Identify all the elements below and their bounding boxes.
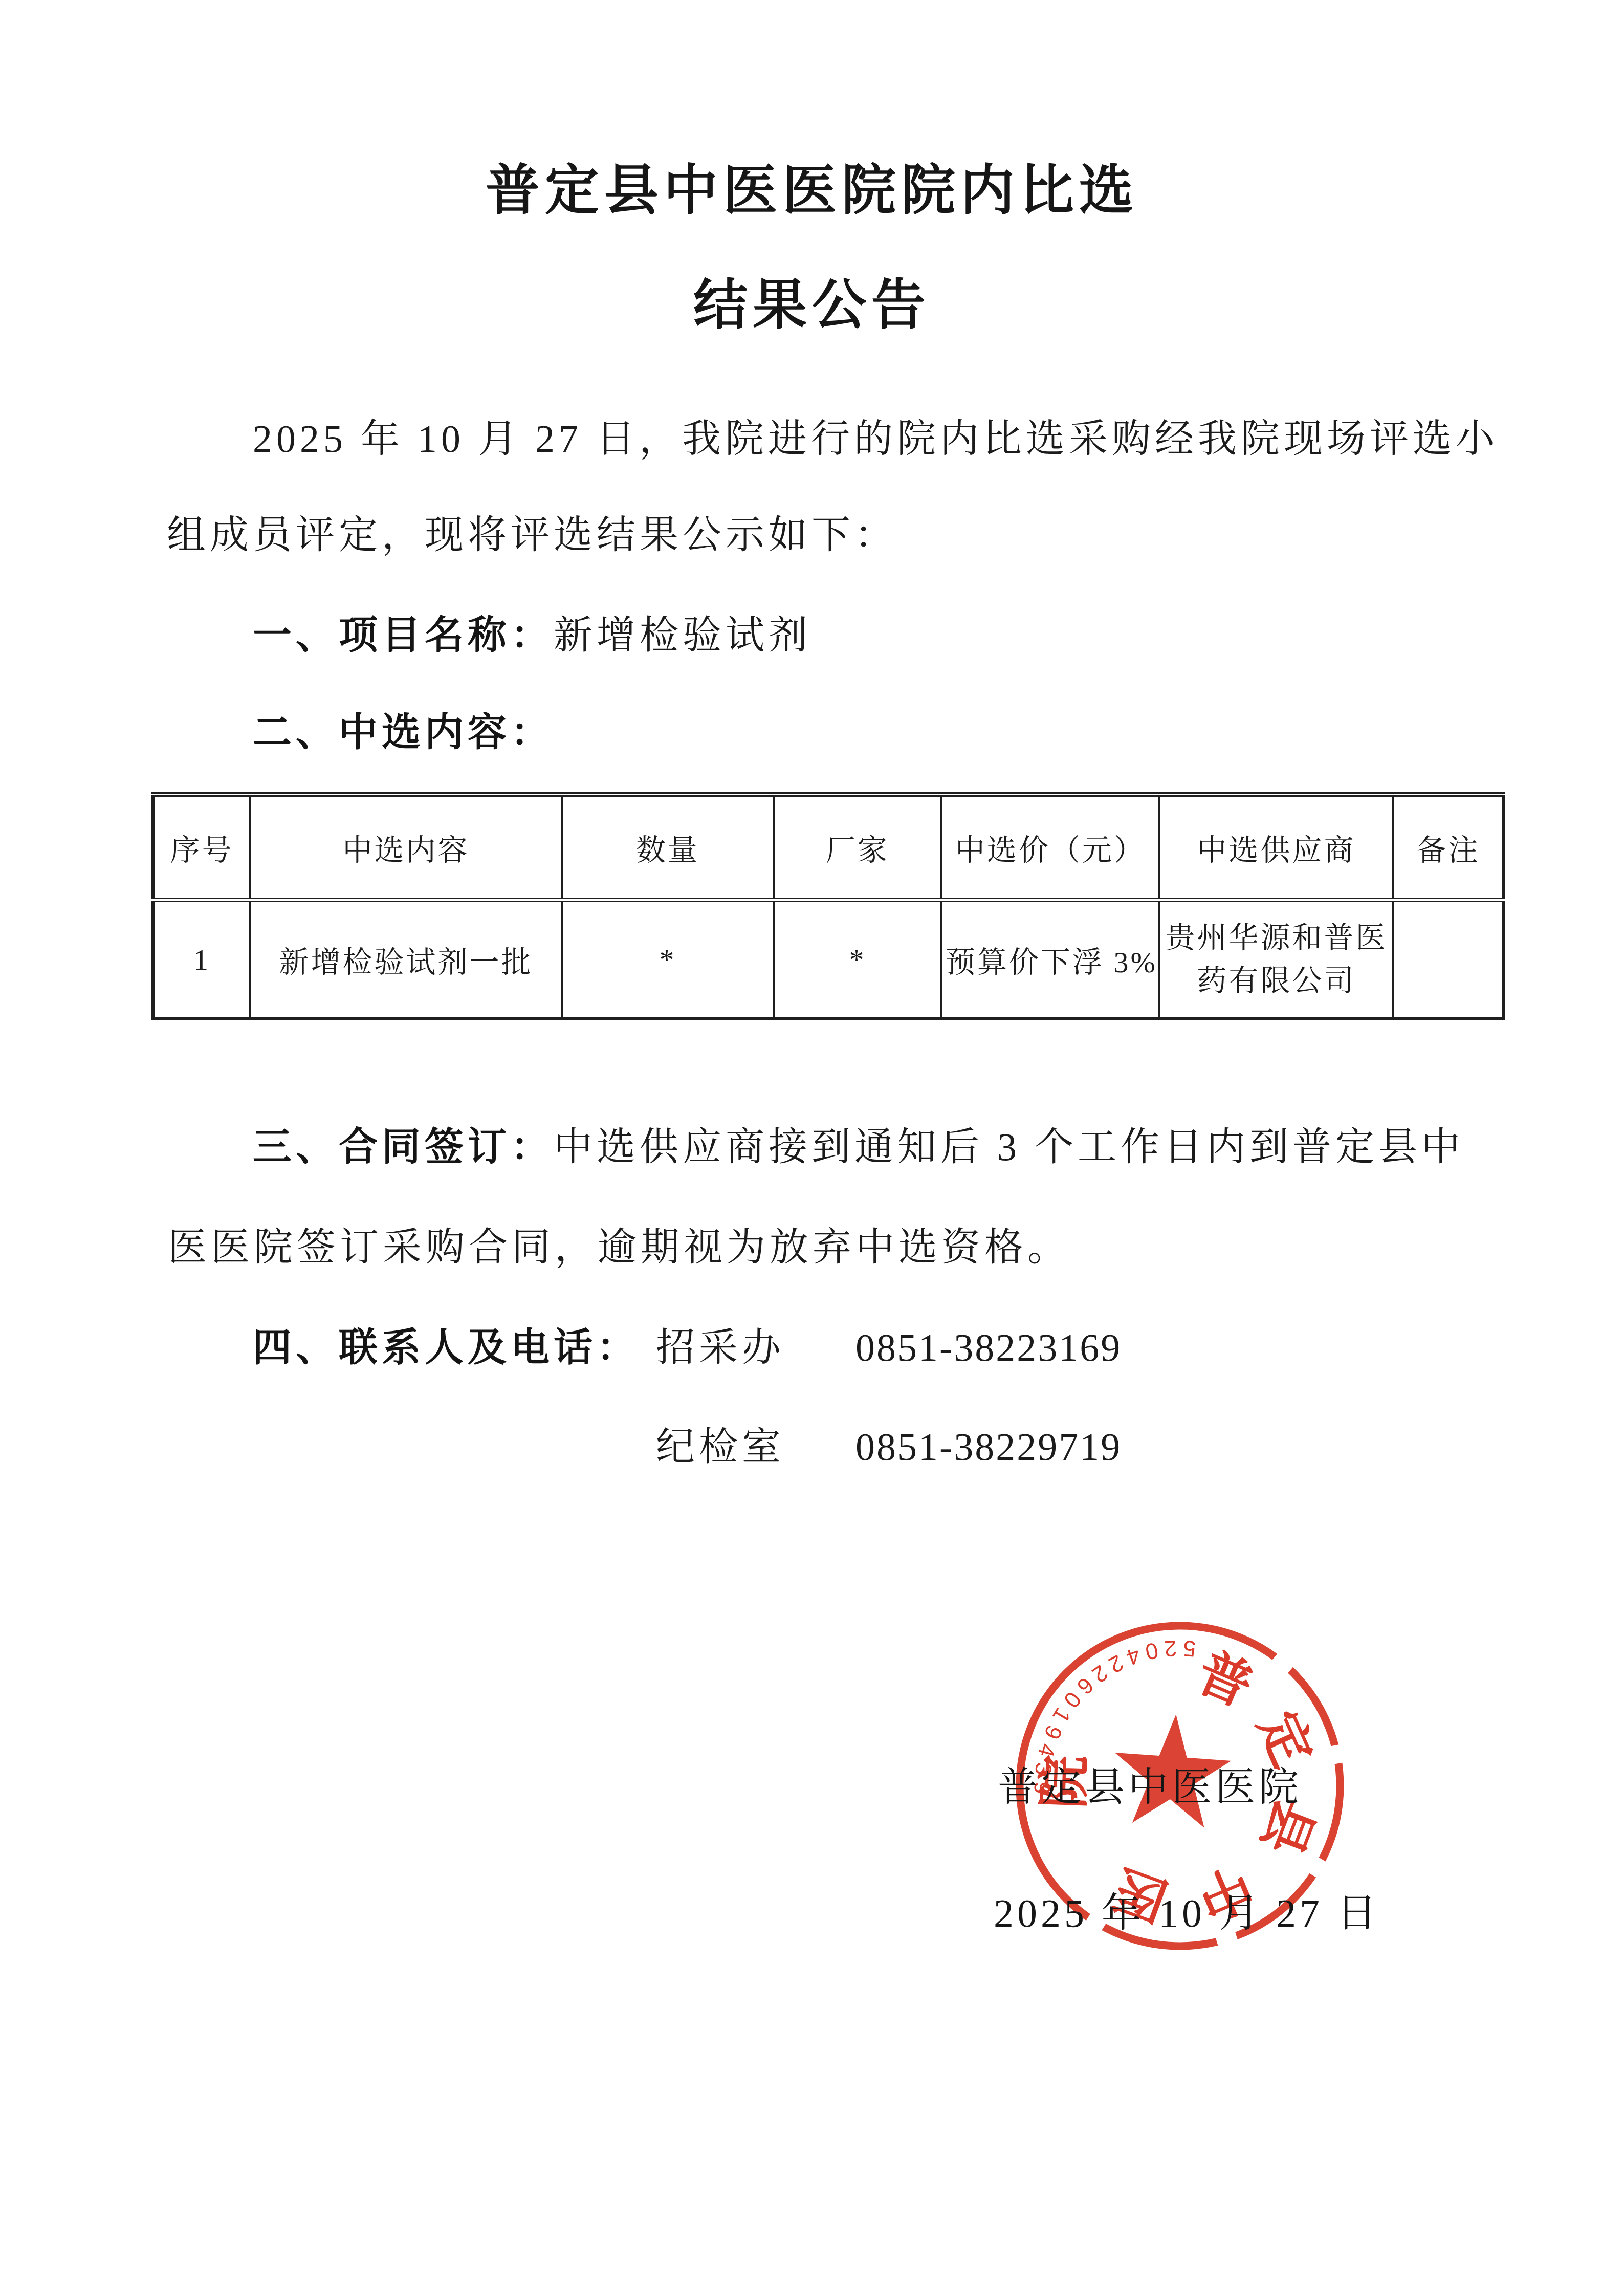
document-title-line-2: 结果公告 <box>0 274 1624 337</box>
section-contract-line-1: 三、合同签订：中选供应商接到通知后 3 个工作日内到普定县中 <box>253 1124 1464 1171</box>
col-header-price: 中选价（元） <box>941 795 1159 900</box>
contact-phone-2: 0851-38229719 <box>855 1424 1122 1471</box>
cell-quantity: * <box>562 900 774 1019</box>
seal-serial-digit: 9 <box>1039 1721 1067 1743</box>
col-header-quantity: 数量 <box>562 795 774 900</box>
seal-serial-digit: 0 <box>1143 1638 1160 1665</box>
section-project-name: 一、项目名称：新增检验试剂 <box>253 612 811 660</box>
seal-serial-digit: 1 <box>1047 1704 1076 1727</box>
intro-paragraph-line-2: 组成员评定，现将评选结果公示如下： <box>167 512 897 559</box>
seal-serial-digit: 2 <box>1105 1650 1127 1678</box>
seal-ring-gap <box>1328 1743 1347 1764</box>
section-selected-content: 二、中选内容： <box>253 709 554 757</box>
signature-organization: 普定县中医医院 <box>998 1755 1302 1813</box>
contact-phone-1: 0851-38223169 <box>855 1324 1122 1372</box>
signature-date: 2025 年 10 月 27 日 <box>994 1881 1380 1938</box>
col-header-remark: 备注 <box>1393 795 1504 900</box>
seal-serial-digit: 5 <box>1182 1635 1197 1662</box>
contact-office-1: 招采办 <box>656 1324 785 1372</box>
document-page: 普定县中医医院院内比选 结果公告 2025 年 10 月 27 日，我院进行的院… <box>0 0 1624 2291</box>
cell-price: 预算价下浮 3% <box>941 900 1159 1019</box>
document-title-line-1: 普定县中医医院院内比选 <box>0 160 1624 222</box>
col-header-content: 中选内容 <box>250 795 562 900</box>
cell-manufacturer: * <box>774 900 941 1019</box>
section-1-value: 新增检验试剂 <box>554 614 811 657</box>
table-header-row: 序号 中选内容 数量 厂家 中选价（元） 中选供应商 备注 <box>153 795 1504 900</box>
table-row: 1 新增检验试剂一批 * * 预算价下浮 3% 贵州华源和普医药有限公司 <box>153 900 1504 1019</box>
section-4-label: 四、联系人及电话： <box>253 1324 640 1372</box>
seal-ring-char: 普 <box>1189 1643 1261 1718</box>
cell-index: 1 <box>153 900 250 1019</box>
contact-office-2: 纪检室 <box>656 1424 785 1471</box>
section-2-label: 二、中选内容： <box>253 711 554 754</box>
intro-paragraph-line-1: 2025 年 10 月 27 日，我院进行的院内比选采购经我院现场评选小 <box>253 416 1499 463</box>
col-header-supplier: 中选供应商 <box>1159 795 1393 900</box>
section-contract-line-2: 医医院签订采购合同，逾期视为放弃中选资格。 <box>168 1224 1070 1272</box>
cell-content: 新增检验试剂一批 <box>250 900 562 1019</box>
col-header-manufacturer: 厂家 <box>774 795 941 900</box>
cell-supplier: 贵州华源和普医药有限公司 <box>1159 900 1393 1019</box>
seal-serial-digit: 2 <box>1164 1635 1178 1662</box>
cell-remark <box>1393 900 1504 1019</box>
col-header-index: 序号 <box>153 795 250 900</box>
selection-result-table: 序号 中选内容 数量 厂家 中选价（元） 中选供应商 备注 1 新增检验试剂一批… <box>151 792 1505 1020</box>
seal-serial-digit: 4 <box>1123 1642 1144 1670</box>
section-3-label: 三、合同签订： <box>253 1125 554 1169</box>
section-1-label: 一、项目名称： <box>253 614 554 657</box>
section-3-text: 中选供应商接到通知后 3 个工作日内到普定县中 <box>554 1126 1464 1169</box>
